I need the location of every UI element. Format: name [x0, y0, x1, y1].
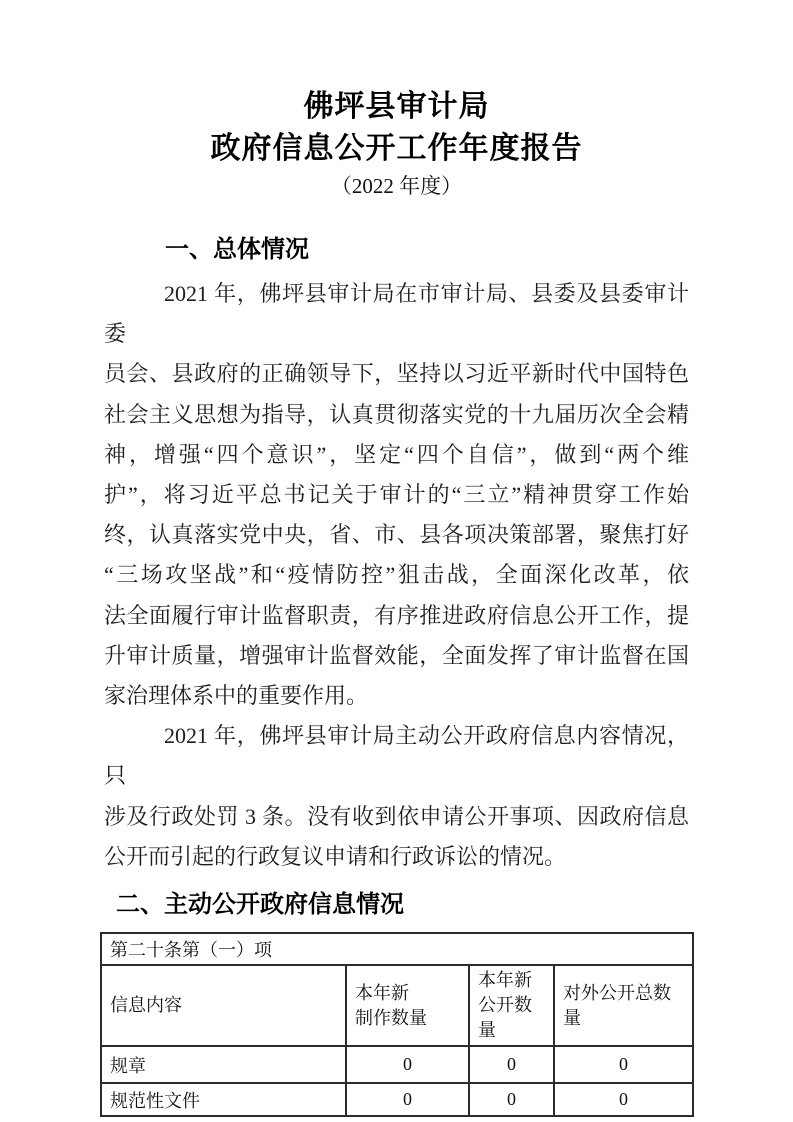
body-line: 升审计质量，增强审计监督效能，全面发挥了审计监督在国 — [104, 636, 689, 676]
body-line: 法全面履行审计监督职责，有序推进政府信息公开工作，提 — [104, 596, 689, 636]
body-line: 涉及行政处罚 3 条。没有收到依申请公开事项、因政府信息 — [104, 797, 689, 837]
document-page: 佛坪县审计局 政府信息公开工作年度报告 （2022 年度） 一、总体情况 202… — [0, 0, 793, 1122]
report-subtitle-year: （2022 年度） — [104, 170, 689, 202]
row-value: 0 — [346, 1083, 469, 1116]
row-value: 0 — [554, 1046, 693, 1083]
report-title-line1: 佛坪县审计局 — [104, 0, 689, 128]
body-line: 神，增强“四个意识”，坚定“四个自信”，做到“两个维 — [104, 435, 689, 475]
disclosure-table: 第二十条第（一）项 信息内容 本年新 制作数量 本年新 公开数量 对外公开总数量… — [100, 932, 694, 1117]
row-value: 0 — [346, 1046, 469, 1083]
table-caption-cell: 第二十条第（一）项 — [101, 933, 693, 965]
table-row-normative-docs: 规范性文件 0 0 0 — [101, 1083, 693, 1116]
header-new-created: 本年新 制作数量 — [346, 965, 469, 1046]
table-row-regulations: 规章 0 0 0 — [101, 1046, 693, 1083]
section1-paragraph2: 2021 年，佛坪县审计局主动公开政府信息内容情况，只涉及行政处罚 3 条。没有… — [104, 716, 689, 877]
body-line: 2021 年，佛坪县审计局在市审计局、县委及县委审计委 — [104, 274, 689, 354]
table-caption-row: 第二十条第（一）项 — [101, 933, 693, 965]
row-value: 0 — [469, 1046, 554, 1083]
body-line: 公开而引起的行政复议申请和行政诉讼的情况。 — [104, 837, 689, 877]
section1-paragraph1: 2021 年，佛坪县审计局在市审计局、县委及县委审计委员会、县政府的正确领导下，… — [104, 274, 689, 716]
body-line: 终，认真落实党中央，省、市、县各项决策部署，聚焦打好 — [104, 515, 689, 555]
body-line: “三场攻坚战”和“疫情防控”狙击战，全面深化改革，依 — [104, 555, 689, 595]
row-label: 规章 — [101, 1046, 346, 1083]
body-line: 家治理体系中的重要作用。 — [104, 676, 689, 716]
header-info-content: 信息内容 — [101, 965, 346, 1046]
header-total-public: 对外公开总数量 — [554, 965, 693, 1046]
section1-heading: 一、总体情况 — [104, 234, 689, 266]
section2-heading: 二、主动公开政府信息情况 — [104, 889, 689, 921]
header-new-published: 本年新 公开数量 — [469, 965, 554, 1046]
row-value: 0 — [469, 1083, 554, 1116]
document-content: 佛坪县审计局 政府信息公开工作年度报告 （2022 年度） 一、总体情况 202… — [104, 0, 689, 1117]
body-line: 员会、县政府的正确领导下，坚持以习近平新时代中国特色 — [104, 354, 689, 394]
report-title-line2: 政府信息公开工作年度报告 — [104, 128, 689, 170]
body-line: 社会主义思想为指导，认真贯彻落实党的十九届历次全会精 — [104, 395, 689, 435]
table-header-row: 信息内容 本年新 制作数量 本年新 公开数量 对外公开总数量 — [101, 965, 693, 1046]
row-value: 0 — [554, 1083, 693, 1116]
body-line: 2021 年，佛坪县审计局主动公开政府信息内容情况，只 — [104, 716, 689, 796]
body-line: 护”，将习近平总书记关于审计的“三立”精神贯穿工作始 — [104, 475, 689, 515]
row-label: 规范性文件 — [101, 1083, 346, 1116]
